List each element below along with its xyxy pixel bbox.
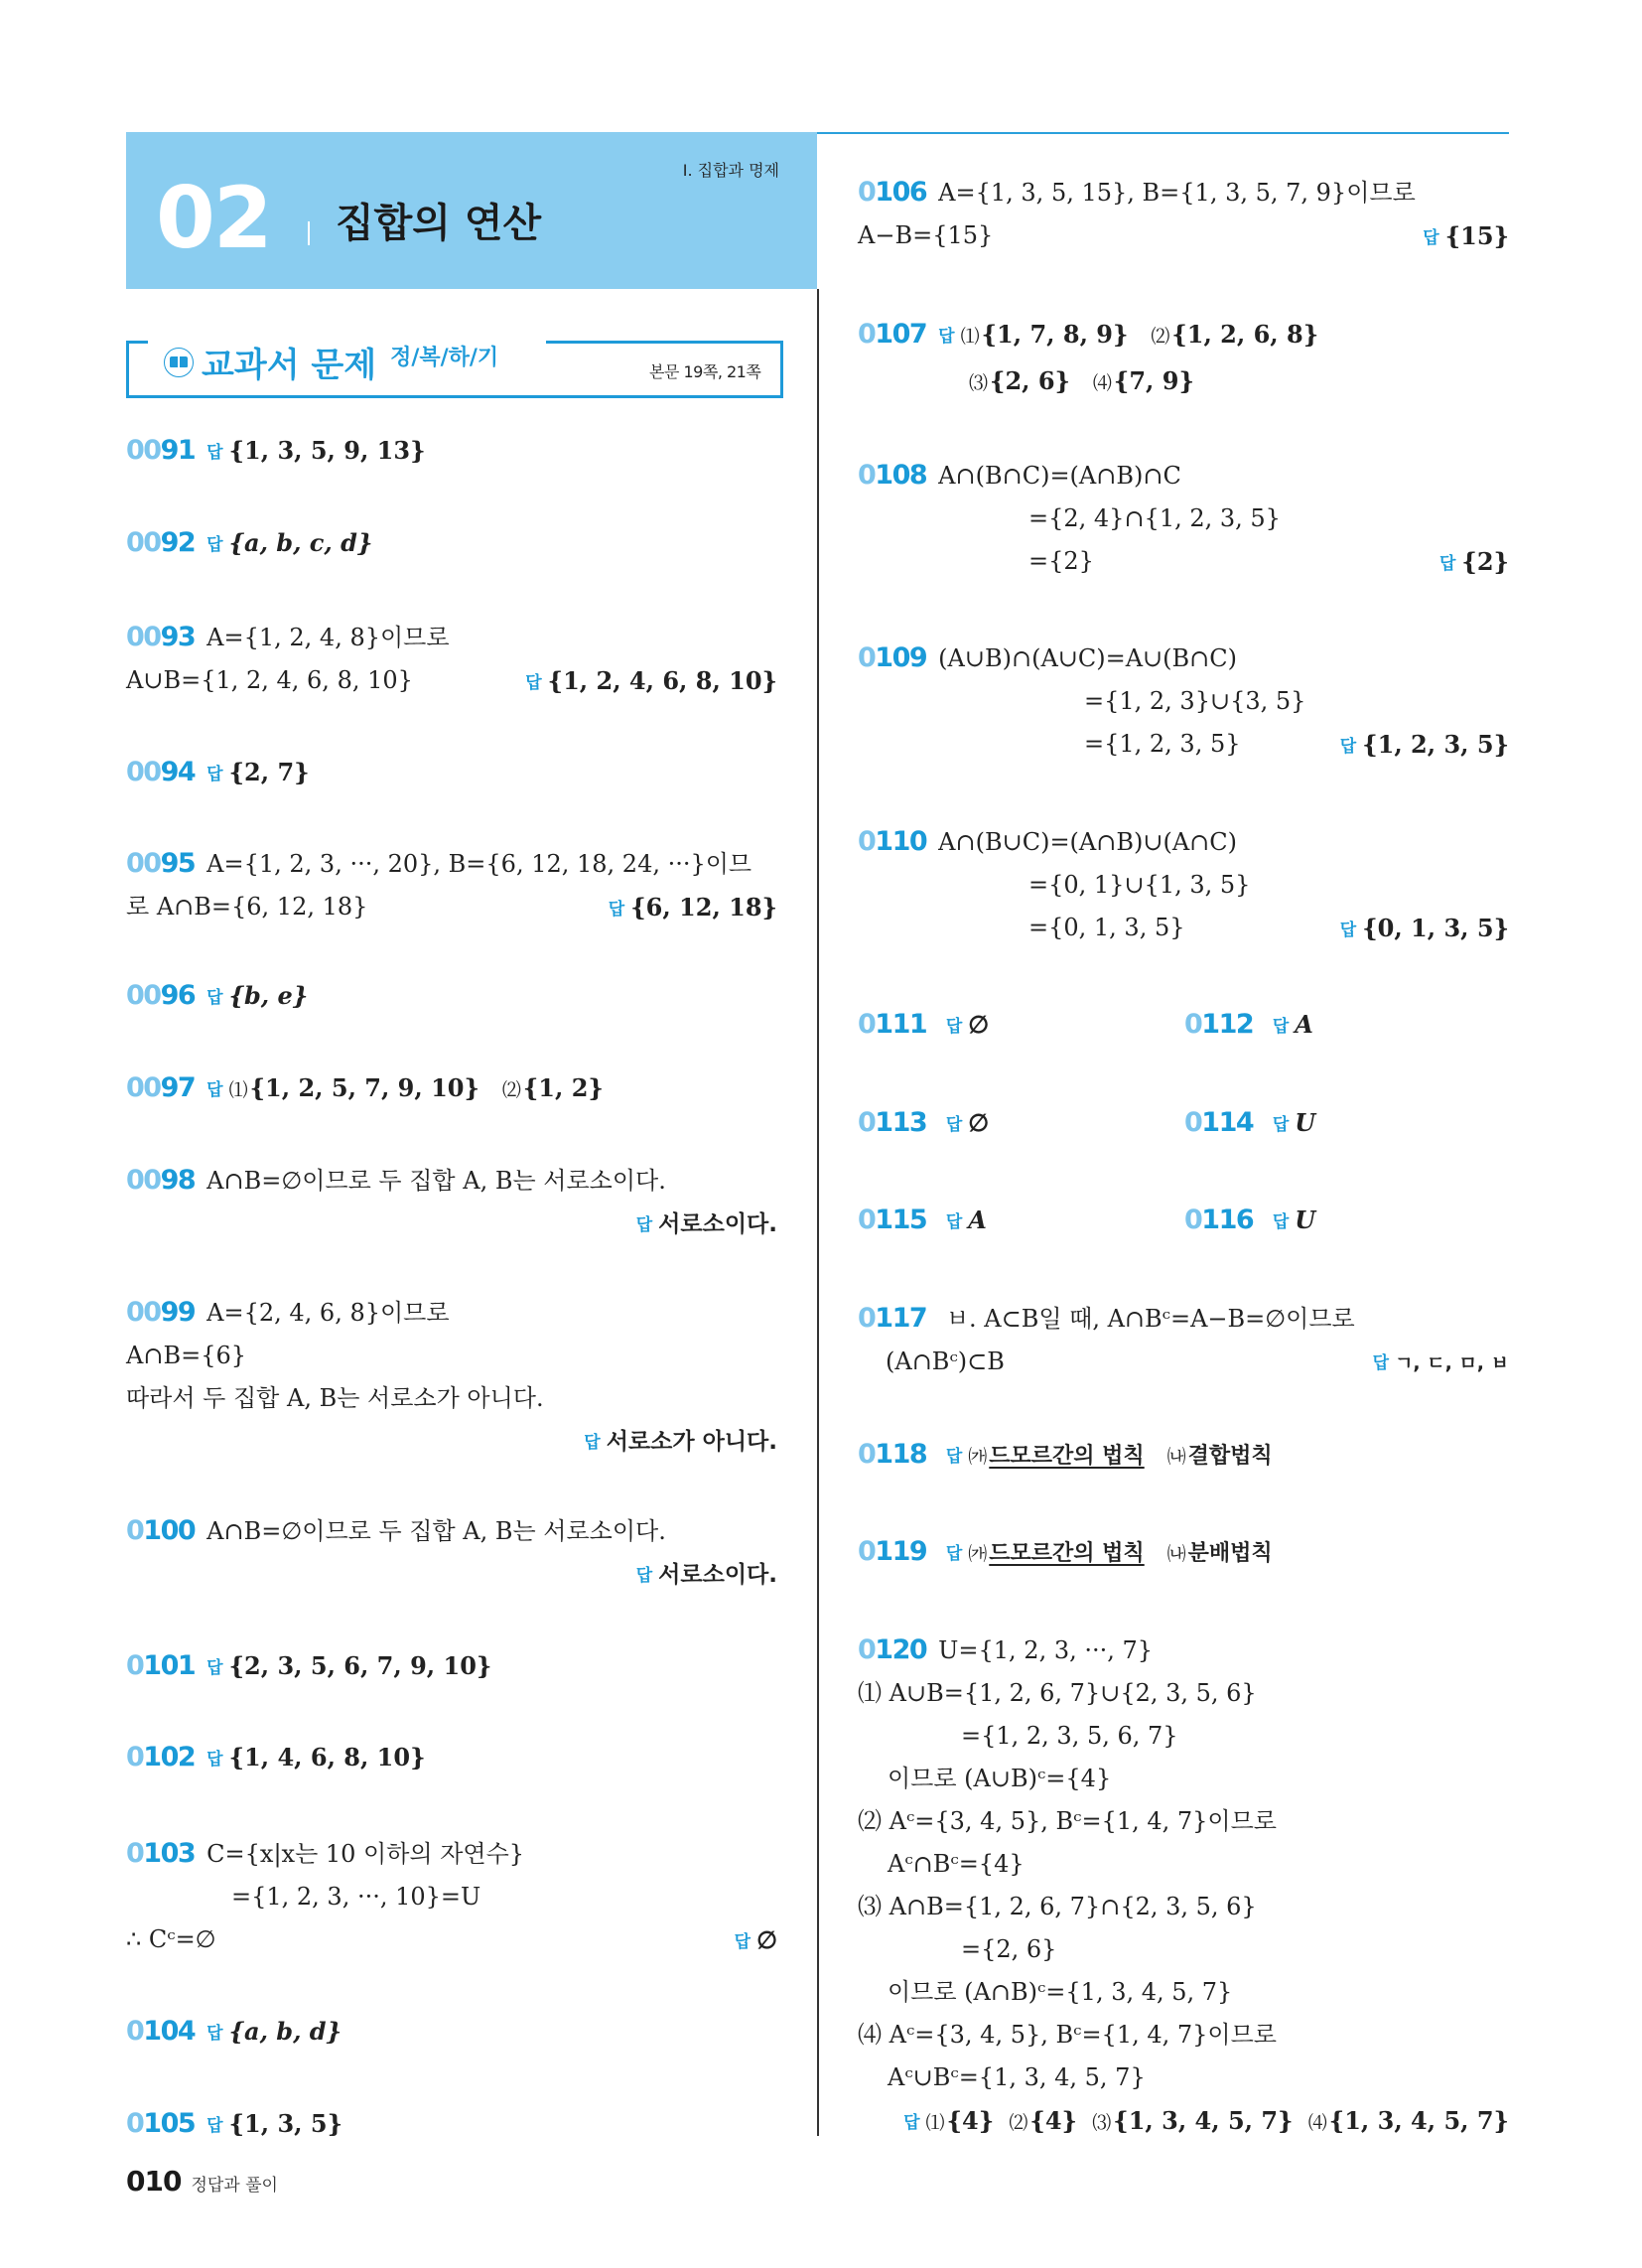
answer-value: 서로소이다. [658,1562,777,1588]
part-label: ⑴ [961,326,980,348]
problem-0116: 0116 답U [1184,1199,1315,1245]
problem-0091: 0091답{1, 3, 5, 9, 13} [126,429,426,476]
solution-line: A∩B={6} [126,1335,777,1377]
answer-label: 답 [206,1750,222,1770]
answer-value: {4} [1029,2106,1077,2135]
answer-label: 답 [1273,1115,1289,1135]
part-label: ⑴ [926,2112,945,2134]
chapter-title: 집합의 연산 [336,204,541,243]
answer-value: {15} [1445,221,1509,250]
solution-line: A∩B=∅이므로 두 집합 A, B는 서로소이다. [206,1167,666,1195]
problem-0092: 0092답{a, b, c, d} [126,521,372,568]
section-title-main: 교과서 문제 [202,338,376,386]
solution-line: ㅂ. A⊂B일 때, A∩Bᶜ=A−B=∅이므로 [946,1305,1355,1333]
book-icon [164,348,194,377]
answer-label: 답 [1423,228,1438,248]
problem-0102: 0102답{1, 4, 6, 8, 10} [126,1736,426,1782]
answer-label: 답 [903,2113,919,2133]
solution-line: A∩(B∩C)=(A∩B)∩C [938,462,1181,490]
problem-0109: 0109(A∪B)∩(A∪C)=A∪(B∩C) ={1, 2, 3}∪{3, 5… [858,637,1509,766]
answer-label: 답 [1273,1212,1289,1232]
solution-line: ={0, 1}∪{1, 3, 5} [858,864,1509,907]
solution-line: 이므로 (A∩B)ᶜ={1, 3, 4, 5, 7} [858,1971,1509,2014]
solution-line: ={0, 1, 3, 5} [1028,914,1185,941]
problem-number: 0097 [126,1072,195,1103]
solution-line: A∩(B∪C)=(A∩B)∪(A∩C) [938,828,1237,856]
answer-value: {a, b, c, d} [229,528,373,557]
part-label: ⑵ [502,1079,521,1101]
answer-value: {1, 7, 8, 9} [982,320,1129,349]
solution-line: ={1, 2, 3}∪{3, 5} [858,680,1509,723]
answer-value: {6, 12, 18} [630,893,777,921]
part-label: ㈎ [968,1543,987,1565]
answer-value: 드모르간의 법칙 [989,1444,1144,1469]
answer-value: {2, 6} [990,366,1070,395]
solution-line: C={x|x는 10 이하의 자연수} [206,1840,524,1868]
problem-number: 0107 [858,319,926,350]
problem-number: 0119 [858,1536,926,1567]
solution-line: A={1, 3, 5, 15}, B={1, 3, 5, 7, 9}이므로 [938,179,1416,207]
top-rule [817,132,1509,134]
problem-number: 0111 [858,1009,926,1040]
answer-label: 답 [1373,1353,1389,1373]
solution-line: A∪B={1, 2, 4, 6, 8, 10} [126,666,413,694]
answer-value: 결합법칙 [1188,1444,1273,1469]
problem-0120: 0120U={1, 2, 3, ···, 7} ⑴ A∪B={1, 2, 6, … [858,1629,1509,2146]
answer-label: 답 [206,2116,222,2136]
problem-0095: 0095A={1, 2, 3, ···, 20}, B={6, 12, 18, … [126,842,777,928]
solution-line: U={1, 2, 3, ···, 7} [938,1636,1153,1664]
solution-line: ⑵ Aᶜ={3, 4, 5}, Bᶜ={1, 4, 7}이므로 [858,1800,1509,1843]
solution-line: ⑷ Aᶜ={3, 4, 5}, Bᶜ={1, 4, 7}이므로 [858,2014,1509,2056]
page-number: 010 [126,2165,181,2197]
chapter-header-band: 02 집합의 연산 Ⅰ. 집합과 명제 [126,132,817,289]
solution-line: (A∪B)∩(A∪C)=A∪(B∩C) [938,644,1237,672]
problem-number: 0102 [126,1742,195,1772]
answer-value: ㄱ, ㄷ, ㅁ, ㅂ [1395,1352,1509,1374]
answer-value: {1, 4, 6, 8, 10} [229,1743,426,1772]
problem-0104: 0104답{a, b, d} [126,2010,342,2056]
part-label: ⑷ [1093,372,1112,394]
solution-line: A={1, 2, 3, ···, 20}, B={6, 12, 18, 24, … [206,850,752,878]
problem-0099: 0099A={2, 4, 6, 8}이므로 A∩B={6} 따라서 두 집합 A… [126,1291,777,1466]
answer-label: 답 [636,1215,652,1235]
solution-line: A∩B=∅이므로 두 집합 A, B는 서로소이다. [206,1517,666,1545]
section-title-sub: 정/복/하/기 [390,341,498,371]
problem-0105: 0105답{1, 3, 5} [126,2102,342,2149]
answer-value: {4} [947,2106,995,2135]
part-label: ㈏ [1167,1543,1186,1565]
solution-line: A={2, 4, 6, 8}이므로 [206,1299,449,1327]
problem-number: 0094 [126,757,195,787]
solution-line: ={2, 6} [858,1928,1509,1971]
answer-label: 답 [1439,554,1455,574]
part-label: ⑴ [229,1079,248,1101]
problem-0110: 0110A∩(B∪C)=(A∩B)∪(A∩C) ={0, 1}∪{1, 3, 5… [858,820,1509,949]
problem-number: 0099 [126,1297,195,1328]
answer-value: {2} [1461,547,1509,576]
problem-0100: 0100A∩B=∅이므로 두 집합 A, B는 서로소이다. 답서로소이다. [126,1509,777,1599]
answer-label: 답 [584,1433,600,1453]
section-title: 교과서 문제 정/복/하/기 [164,338,498,386]
problem-0106: 0106A={1, 3, 5, 15}, B={1, 3, 5, 7, 9}이므… [858,171,1509,257]
answer-value: 분배법칙 [1188,1541,1273,1566]
answer-value: U [1295,1205,1315,1234]
answer-label: 답 [609,900,624,920]
problem-0119: 0119 답㈎드모르간의 법칙 ㈏분배법칙 [858,1530,1273,1577]
box-border-stub-left [126,341,148,344]
problem-number: 0095 [126,848,195,879]
solution-line: Aᶜ∪Bᶜ={1, 3, 4, 5, 7} [858,2056,1509,2099]
section-page-ref: 본문 19쪽, 21쪽 [649,359,760,382]
part-label: ⑵ [1009,2112,1027,2134]
answer-value: {b, e} [229,981,309,1010]
answer-value: 서로소가 아니다. [607,1429,777,1455]
problem-number: 0101 [126,1650,195,1681]
problem-number: 0103 [126,1838,195,1869]
problem-0107: 0107답⑴{1, 7, 8, 9} ⑵{1, 2, 6, 8} ⑶{2, 6}… [858,313,1509,405]
problem-0115: 0115 답A [858,1199,987,1245]
answer-value: {0, 1, 3, 5} [1362,914,1509,942]
answer-value: ∅ [756,1925,777,1954]
problem-number: 0092 [126,527,195,558]
problem-0112: 0112 답A [1184,1003,1313,1050]
solution-line: (A∩Bᶜ)⊂B [886,1347,1005,1375]
solution-line: 따라서 두 집합 A, B는 서로소가 아니다. [126,1377,777,1420]
solution-line: A={1, 2, 4, 8}이므로 [206,624,449,651]
part-label: ㈎ [968,1446,987,1468]
answer-label: 답 [206,535,222,555]
problem-0098: 0098A∩B=∅이므로 두 집합 A, B는 서로소이다. 답서로소이다. [126,1159,777,1248]
problem-number: 0096 [126,980,195,1011]
part-label: ⑶ [1092,2112,1111,2134]
problem-0108: 0108A∩(B∩C)=(A∩B)∩C ={2, 4}∩{1, 2, 3, 5}… [858,454,1509,583]
answer-label: 답 [946,1447,962,1467]
answer-label: 답 [636,1566,652,1586]
answer-label: 답 [735,1932,751,1952]
answer-label: 답 [938,327,954,347]
problem-number: 0118 [858,1439,926,1470]
answer-label: 답 [206,1658,222,1678]
solution-line: 이므로 (A∪B)ᶜ={4} [858,1758,1509,1800]
part-label: ㈏ [1167,1446,1186,1468]
problem-number: 0112 [1184,1009,1253,1040]
answer-value: U [1295,1108,1315,1137]
problem-0096: 0096답{b, e} [126,974,308,1021]
solution-line: ⑴ A∪B={1, 2, 6, 7}∪{2, 3, 5, 6} [858,1672,1509,1715]
answer-label: 답 [206,1080,222,1100]
problem-0101: 0101답{2, 3, 5, 6, 7, 9, 10} [126,1644,491,1691]
answer-value: {1, 2, 5, 7, 9, 10} [250,1073,479,1102]
solution-line: 로 A∩B={6, 12, 18} [126,893,367,921]
answer-value: 드모르간의 법칙 [989,1541,1144,1566]
answer-value: {1, 3, 4, 5, 7} [1329,2106,1509,2135]
chapter-number: 02 [156,176,271,261]
problem-number: 0098 [126,1165,195,1196]
answer-label: 답 [946,1017,962,1037]
solution-line: ={1, 2, 3, 5, 6, 7} [858,1715,1509,1758]
problem-number: 0108 [858,460,926,491]
solution-line: ={2} [1028,547,1094,575]
box-border-stub-right [546,341,783,344]
problem-number: 0115 [858,1205,926,1235]
part-label: ⑵ [1151,326,1169,348]
answer-value: A [1295,1010,1313,1039]
answer-value: 서로소이다. [658,1211,777,1237]
part-label: ⑷ [1308,2112,1327,2134]
problem-number: 0117 [858,1303,926,1334]
answer-value: {a, b, d} [229,2017,342,2046]
solution-line: ={1, 2, 3, ···, 10}=U [126,1876,777,1918]
answer-label: 답 [206,443,222,463]
part-label: ⑶ [969,372,988,394]
page-footer: 010 정답과 풀이 [126,2165,278,2197]
chapter-separator [308,221,310,245]
answer-label: 답 [206,2024,222,2044]
answer-label: 답 [946,1544,962,1564]
problem-0117: 0117 ㅂ. A⊂B일 때, A∩Bᶜ=A−B=∅이므로 (A∩Bᶜ)⊂B답ㄱ… [858,1297,1509,1383]
problem-number: 0104 [126,2016,195,2047]
problem-0097: 0097답⑴{1, 2, 5, 7, 9, 10} ⑵{1, 2} [126,1066,604,1113]
answer-value: ∅ [968,1010,989,1039]
answer-value: {1, 2, 6, 8} [1171,320,1318,349]
solution-line: ∴ Cᶜ=∅ [126,1925,216,1953]
problem-0111: 0111 답∅ [858,1003,989,1050]
problem-number: 0093 [126,622,195,652]
column-divider [817,289,819,2136]
answer-value: {1, 2, 3, 5} [1362,730,1509,759]
problem-number: 0100 [126,1515,195,1546]
answer-value: {1, 3, 5, 9, 13} [229,436,426,465]
answer-label: 답 [525,673,541,693]
answer-label: 답 [946,1212,962,1232]
solution-line: ={2, 4}∩{1, 2, 3, 5} [858,497,1509,540]
solution-line: Aᶜ∩Bᶜ={4} [858,1843,1509,1886]
problem-number: 0120 [858,1634,926,1665]
answer-value: {7, 9} [1114,366,1194,395]
solution-line: ={1, 2, 3, 5} [1084,730,1241,758]
problem-number: 0105 [126,2108,195,2139]
problem-number: 0113 [858,1107,926,1138]
problem-number: 0106 [858,177,926,208]
answer-label: 답 [1340,921,1356,940]
unit-label: Ⅰ. 집합과 명제 [683,158,779,181]
answer-label: 답 [1273,1017,1289,1037]
answer-value: {1, 3, 5} [229,2109,342,2138]
problem-number: 0114 [1184,1107,1253,1138]
answer-value: ∅ [968,1108,989,1137]
problem-number: 0116 [1184,1205,1253,1235]
answer-value: {2, 3, 5, 6, 7, 9, 10} [229,1651,492,1680]
problem-number: 0109 [858,642,926,673]
solution-line: ⑶ A∩B={1, 2, 6, 7}∩{2, 3, 5, 6} [858,1886,1509,1928]
answer-value: {1, 2, 4, 6, 8, 10} [548,666,777,695]
problem-number: 0091 [126,435,195,466]
answer-value: {2, 7} [229,758,310,786]
answer-value: {1, 2} [523,1073,604,1102]
problem-0113: 0113 답∅ [858,1101,989,1148]
problem-0118: 0118 답㈎드모르간의 법칙 ㈏결합법칙 [858,1433,1273,1480]
problem-number: 0110 [858,826,926,857]
answer-label: 답 [206,765,222,784]
problem-0093: 0093A={1, 2, 4, 8}이므로 A∪B={1, 2, 4, 6, 8… [126,616,777,702]
answer-value: A [968,1205,987,1234]
problem-0094: 0094답{2, 7} [126,751,310,797]
solution-line: A−B={15} [858,221,993,249]
problem-0103: 0103C={x|x는 10 이하의 자연수} ={1, 2, 3, ···, … [126,1832,777,1961]
answer-value: {1, 3, 4, 5, 7} [1113,2106,1293,2135]
footer-label: 정답과 풀이 [191,2171,278,2196]
answer-label: 답 [946,1115,962,1135]
problem-0114: 0114 답U [1184,1101,1315,1148]
answer-label: 답 [206,988,222,1008]
answer-label: 답 [1340,737,1356,757]
